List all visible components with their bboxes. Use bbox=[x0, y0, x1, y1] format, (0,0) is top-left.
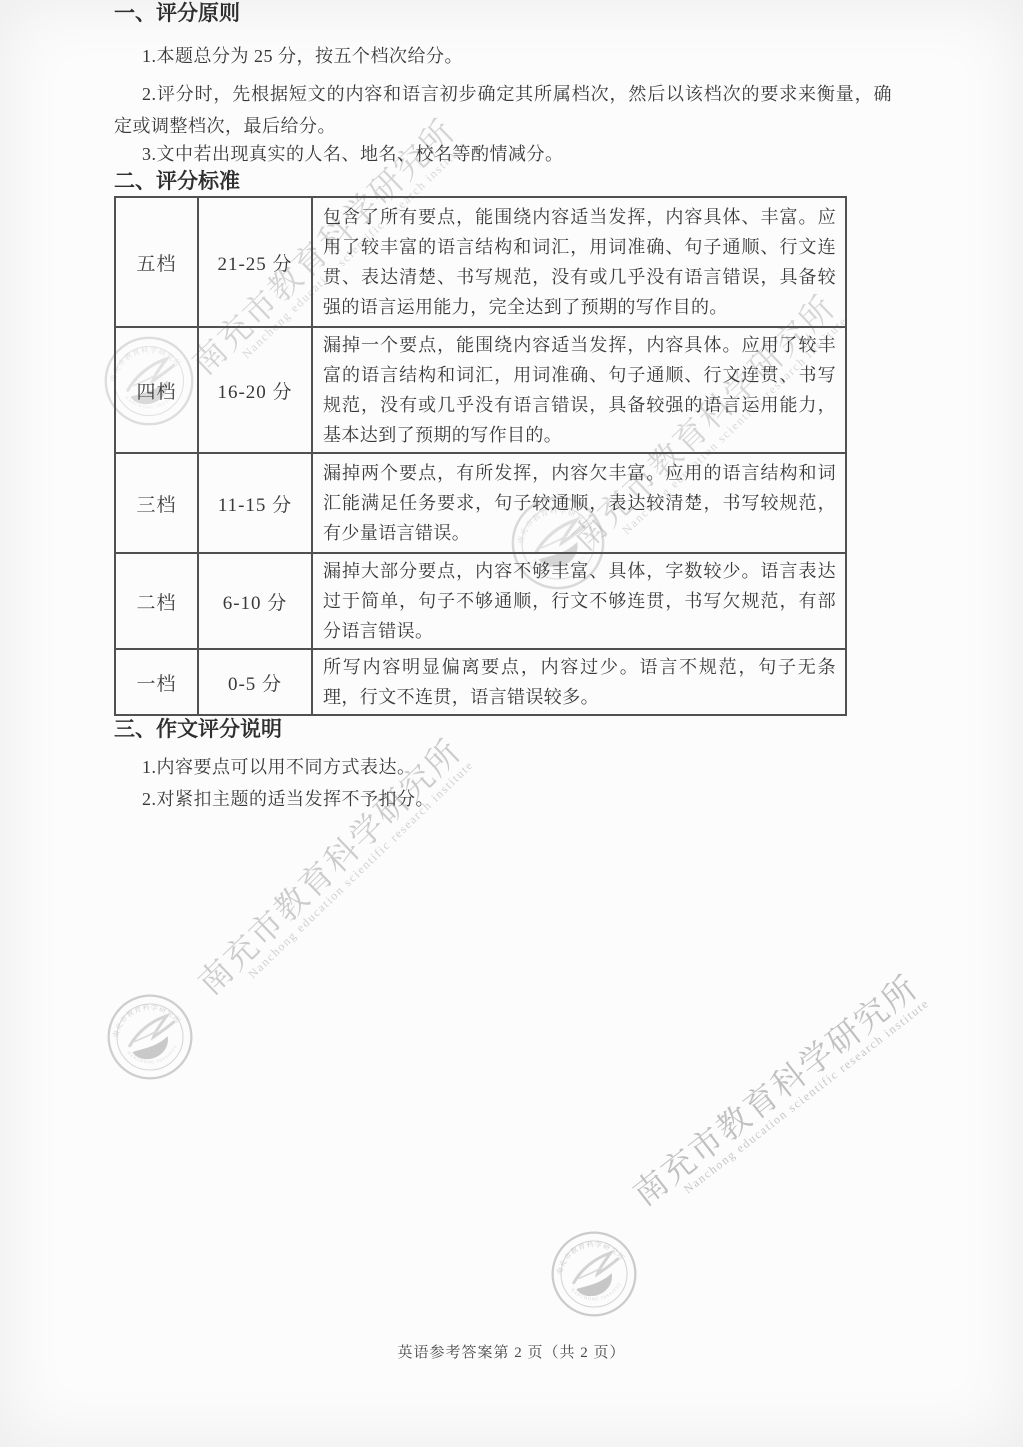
score-range-cell: 0-5 分 bbox=[197, 650, 311, 714]
scoring-standards-table: 五档 21-25 分 包含了所有要点，能围绕内容适当发挥，内容具体、丰富。应用了… bbox=[114, 196, 847, 716]
description-text: 漏掉两个要点，有所发挥，内容欠丰富。应用的语言结构和词汇能满足任务要求，句子较通… bbox=[323, 458, 836, 548]
document-content: 一、评分原则 1.本题总分为 25 分，按五个档次给分。 2.评分时，先根据短文… bbox=[114, 0, 892, 814]
table-row-level-2: 二档 6-10 分 漏掉大部分要点，内容不够丰富、具体，字数较少。语言表达过于简… bbox=[116, 552, 845, 648]
table-row-level-1: 一档 0-5 分 所写内容明显偏离要点，内容过少。语言不规范，句子无条理，行文不… bbox=[116, 648, 845, 714]
section-scoring-standards: 二、评分标准 五档 21-25 分 包含了所有要点，能围绕内容适当发挥，内容具体… bbox=[114, 168, 892, 716]
description-cell: 漏掉两个要点，有所发挥，内容欠丰富。应用的语言结构和词汇能满足任务要求，句子较通… bbox=[311, 454, 845, 552]
scoring-standards-title: 二、评分标准 bbox=[114, 168, 892, 196]
principle-item-1: 1.本题总分为 25 分，按五个档次给分。 bbox=[114, 41, 892, 71]
institute-seal-icon bbox=[550, 1230, 638, 1318]
scoring-principles-title: 一、评分原则 bbox=[114, 0, 892, 28]
note-item-2: 2.对紧扣主题的适当发挥不予扣分。 bbox=[114, 784, 892, 814]
page-number-text: 英语参考答案第 2 页（共 2 页） bbox=[397, 1345, 625, 1361]
score-range-cell: 6-10 分 bbox=[197, 554, 311, 648]
score-range-cell: 11-15 分 bbox=[197, 454, 311, 552]
institute-seal-icon bbox=[106, 993, 194, 1081]
section-essay-scoring-notes: 三、作文评分说明 1.内容要点可以用不同方式表达。 2.对紧扣主题的适当发挥不予… bbox=[114, 716, 892, 814]
description-cell: 包含了所有要点，能围绕内容适当发挥，内容具体、丰富。应用了较丰富的语言结构和词汇… bbox=[311, 198, 845, 326]
description-text: 包含了所有要点，能围绕内容适当发挥，内容具体、丰富。应用了较丰富的语言结构和词汇… bbox=[323, 202, 836, 322]
principle-item-2: 2.评分时，先根据短文的内容和语言初步确定其所属档次，然后以该档次的要求来衡量，… bbox=[114, 78, 892, 142]
watermark-cn-text: 南充市教育科学研究所 bbox=[622, 963, 927, 1216]
table-row-level-4: 四档 16-20 分 漏掉一个要点，能围绕内容适当发挥，内容具体。应用了较丰富的… bbox=[116, 326, 845, 452]
description-text: 漏掉一个要点，能围绕内容适当发挥，内容具体。应用了较丰富的语言结构和词汇，用词准… bbox=[323, 330, 836, 450]
principle-item-3: 3.文中若出现真实的人名、地名、校名等酌情减分。 bbox=[114, 140, 892, 168]
score-range-cell: 21-25 分 bbox=[197, 198, 311, 326]
level-cell: 三档 bbox=[116, 454, 197, 552]
level-cell: 五档 bbox=[116, 198, 197, 326]
page-footer: 英语参考答案第 2 页（共 2 页） bbox=[0, 1341, 1023, 1362]
note-item-1: 1.内容要点可以用不同方式表达。 bbox=[114, 752, 892, 782]
level-cell: 四档 bbox=[116, 328, 197, 452]
description-cell: 漏掉大部分要点，内容不够丰富、具体，字数较少。语言表达过于简单，句子不够通顺，行… bbox=[311, 554, 845, 648]
section-scoring-principles: 一、评分原则 1.本题总分为 25 分，按五个档次给分。 2.评分时，先根据短文… bbox=[114, 0, 892, 168]
table-row-level-5: 五档 21-25 分 包含了所有要点，能围绕内容适当发挥，内容具体、丰富。应用了… bbox=[116, 198, 845, 326]
essay-notes-title: 三、作文评分说明 bbox=[114, 716, 892, 744]
document-page: 南充市教育科学研究所 NANCHONG INSTITUTE 南充市教育科学研究所… bbox=[0, 0, 1023, 1447]
description-text: 漏掉大部分要点，内容不够丰富、具体，字数较少。语言表达过于简单，句子不够通顺，行… bbox=[323, 556, 836, 646]
description-cell: 所写内容明显偏离要点，内容过少。语言不规范，句子无条理，行文不连贯，语言错误较多… bbox=[311, 650, 845, 714]
watermark-en-text: Nanchong education scientific research i… bbox=[681, 996, 933, 1197]
description-text: 所写内容明显偏离要点，内容过少。语言不规范，句子无条理，行文不连贯，语言错误较多… bbox=[323, 652, 836, 712]
description-cell: 漏掉一个要点，能围绕内容适当发挥，内容具体。应用了较丰富的语言结构和词汇，用词准… bbox=[311, 328, 845, 452]
table-row-level-3: 三档 11-15 分 漏掉两个要点，有所发挥，内容欠丰富。应用的语言结构和词汇能… bbox=[116, 452, 845, 552]
level-cell: 二档 bbox=[116, 554, 197, 648]
level-cell: 一档 bbox=[116, 650, 197, 714]
score-range-cell: 16-20 分 bbox=[197, 328, 311, 452]
watermark-diagonal-bottom: 南充市教育科学研究所 Nanchong education scientific… bbox=[622, 963, 933, 1223]
